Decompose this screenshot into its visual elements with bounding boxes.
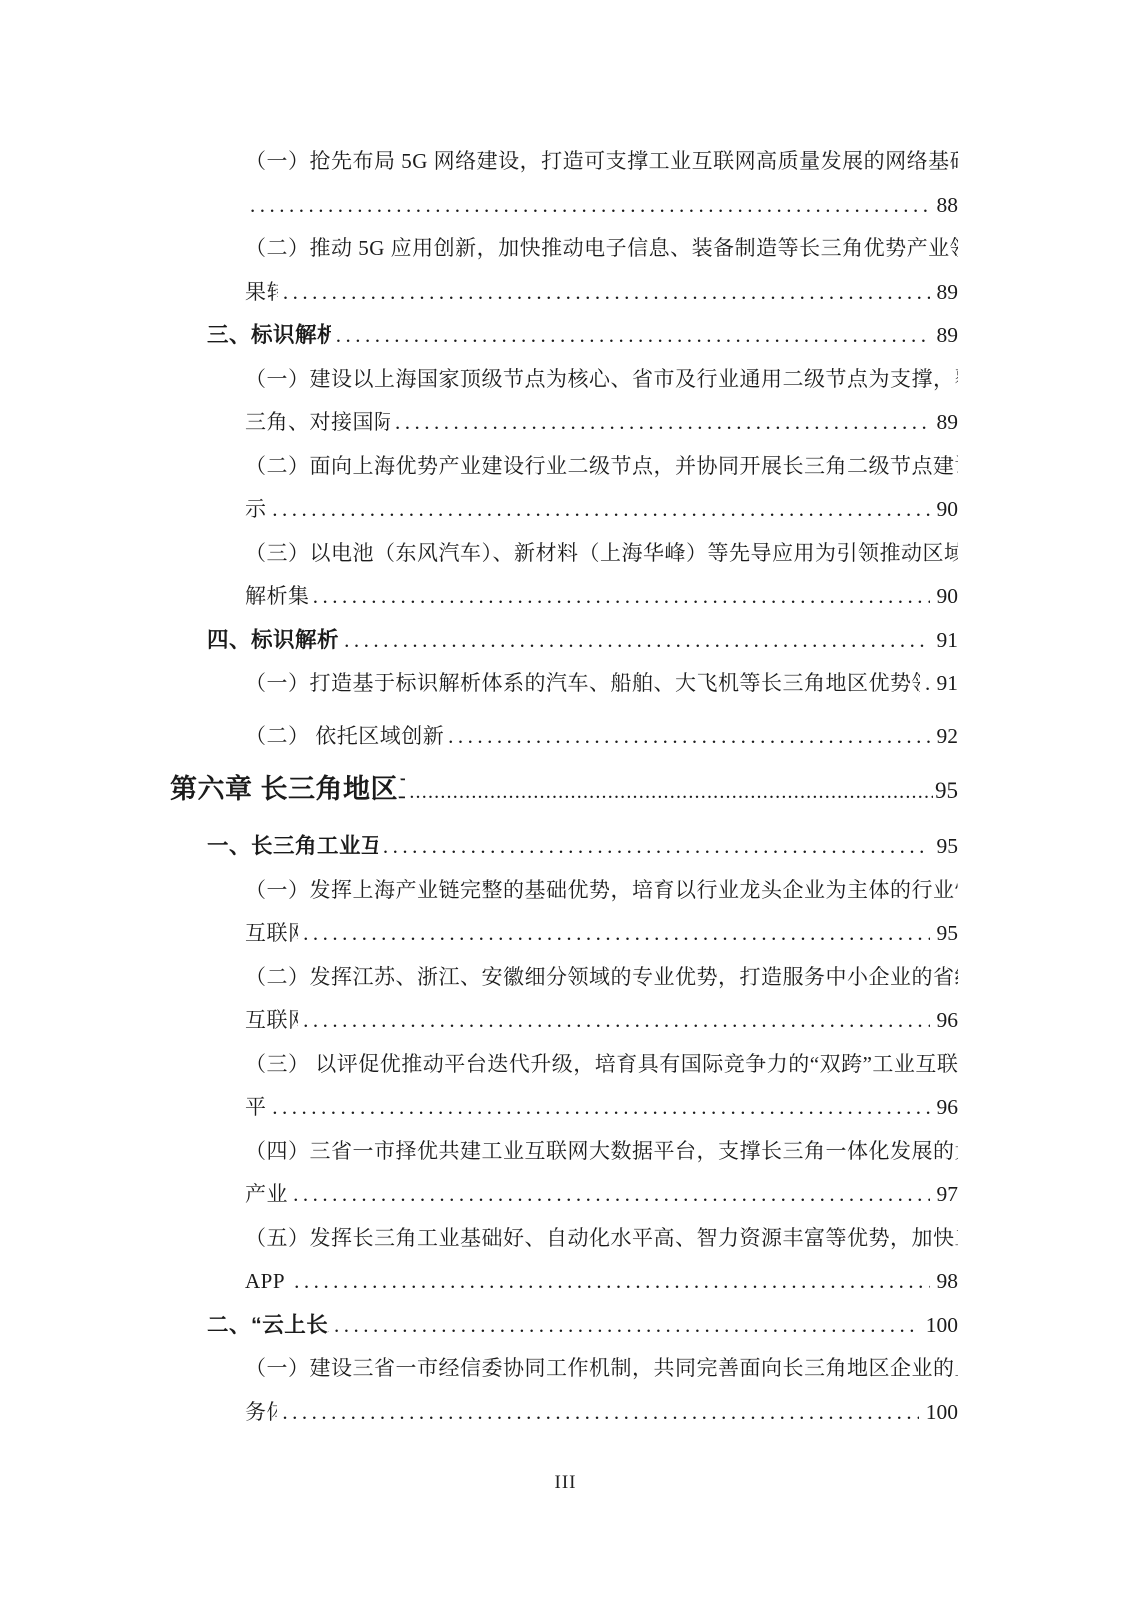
document-page: （一）抢先布局 5G 网络建设，打造可支撑工业互联网高质量发展的网络基础设施..… [0, 0, 1131, 1600]
toc-line: 果转化.....................................… [170, 271, 958, 315]
toc-entry-text: （一）发挥上海产业链完整的基础优势，培育以行业龙头企业为主体的行业性工业 [245, 869, 958, 913]
toc-entry-text: 三、标识解析体系建设工程 [207, 314, 331, 358]
dot-leader: ........................................… [409, 767, 933, 817]
toc-page-number: 98 [937, 1260, 959, 1304]
toc-entry-text: 平台 [245, 1086, 267, 1130]
toc-entry-text: 第六章 长三角地区工业互联网平台一体化推进策略 [170, 764, 405, 814]
toc-entry-text: 互联网平台 [245, 912, 298, 956]
toc-page-number: 95 [935, 766, 958, 816]
toc-entry-text: 三角、对接国际的区域标识解析体系 [245, 401, 390, 445]
toc-line: （二）面向上海优势产业建设行业二级节点，并协同开展长三角二级节点建设试点 [170, 445, 958, 489]
toc-line: 四、标识解析体系产业化工程...........................… [170, 619, 958, 663]
folio-page-number: III [0, 1472, 1131, 1494]
toc-page-number: 96 [937, 999, 959, 1043]
toc-page-number: 91 [937, 619, 959, 663]
toc-line: 平台......................................… [170, 1086, 958, 1130]
toc-line: APP 培育..................................… [170, 1260, 958, 1304]
toc-entry-text: 四、标识解析体系产业化工程 [207, 619, 339, 663]
toc-line: （一）抢先布局 5G 网络建设，打造可支撑工业互联网高质量发展的网络基础设施 [170, 140, 958, 184]
dot-leader: ........................................… [313, 575, 930, 619]
dot-leader: ........................................… [303, 999, 929, 1043]
toc-entry-text: 解析集成创新 [245, 575, 308, 619]
toc-entry-text: （一）建设以上海国家顶级节点为核心、省市及行业通用二级节点为支撑，覆盖长 [245, 358, 958, 402]
toc-line: 三、标识解析体系建设工程............................… [170, 314, 958, 358]
toc-line: （五）发挥长三角工业基础好、自动化水平高、智力资源丰富等优势，加快工业 [170, 1217, 958, 1261]
toc-entry-text: 示范 [245, 488, 267, 532]
dot-leader: ........................................… [272, 1086, 929, 1130]
dot-leader: ........................................… [250, 184, 930, 228]
toc-line: 互联网平台...................................… [170, 999, 958, 1043]
toc-line: 务体系.....................................… [170, 1391, 958, 1435]
dot-leader: ........................................… [336, 314, 930, 358]
toc-line: （二）推动 5G 应用创新，加快推动电子信息、装备制造等长三角优势产业领域成 [170, 227, 958, 271]
dot-leader: ........................................… [344, 619, 929, 663]
toc-entry-text: 互联网平台 [245, 999, 298, 1043]
toc-line: 互联网平台...................................… [170, 912, 958, 956]
toc-page-number: 91 [937, 662, 959, 706]
toc-page-number: 97 [937, 1173, 959, 1217]
toc-line: （一）建设以上海国家顶级节点为核心、省市及行业通用二级节点为支撑，覆盖长 [170, 358, 958, 402]
toc-entry-text: （四）三省一市择优共建工业互联网大数据平台，支撑长三角一体化发展的大数据 [245, 1130, 958, 1174]
toc-line: 产业高地....................................… [170, 1173, 958, 1217]
toc-entry-text: （一）抢先布局 5G 网络建设，打造可支撑工业互联网高质量发展的网络基础设施 [245, 140, 958, 184]
toc-page-number: 100 [926, 1391, 958, 1435]
toc-page-number: 95 [937, 912, 959, 956]
toc-entry-text: （二）发挥江苏、浙江、安徽细分领域的专业优势，打造服务中小企业的省级工业 [245, 956, 958, 1000]
toc-line: 一、长三角工业互联网平台分级培育工程......................… [170, 825, 958, 869]
toc-chapter-line: 第六章 长三角地区工业互联网平台一体化推进策略.................… [170, 764, 958, 817]
toc-page-number: 100 [926, 1304, 958, 1348]
toc-line: 二、“云上长三角”建设工程...........................… [170, 1304, 958, 1348]
toc-line: 解析集成创新..................................… [170, 575, 958, 619]
toc-line: （四）三省一市择优共建工业互联网大数据平台，支撑长三角一体化发展的大数据 [170, 1130, 958, 1174]
toc-line: （三） 以评促优推动平台迭代升级，培育具有国际竞争力的“双跨”工业互联网 [170, 1043, 958, 1087]
dot-leader: ........................................… [334, 1304, 919, 1348]
toc-line: （一）建设三省一市经信委协同工作机制，共同完善面向长三角地区企业的上云服 [170, 1347, 958, 1391]
toc-page-number: 88 [937, 184, 959, 228]
toc-entry-text: 二、“云上长三角”建设工程 [207, 1304, 329, 1348]
toc-entry-text: （五）发挥长三角工业基础好、自动化水平高、智力资源丰富等优势，加快工业 [245, 1217, 958, 1261]
dot-leader: ........................................… [293, 1173, 929, 1217]
toc-page-number: 89 [937, 271, 959, 315]
dot-leader: ........................................… [282, 1391, 918, 1435]
toc-entry-text: APP 培育 [245, 1260, 289, 1304]
toc-line: ........................................… [170, 184, 958, 228]
toc-entry-text: 一、长三角工业互联网平台分级培育工程 [207, 825, 378, 869]
toc-line: 三角、对接国际的区域标识解析体系........................… [170, 401, 958, 445]
toc-line: （二） 依托区域创新推广中心推动标识解析产业化落地...............… [170, 715, 958, 759]
toc-entry-text: （二）推动 5G 应用创新，加快推动电子信息、装备制造等长三角优势产业领域成 [245, 227, 958, 271]
toc-entry-text: 务体系 [245, 1391, 277, 1435]
toc-page-number: 95 [937, 825, 959, 869]
toc-line: （二）发挥江苏、浙江、安徽细分领域的专业优势，打造服务中小企业的省级工业 [170, 956, 958, 1000]
toc-entry-text: （一）打造基于标识解析体系的汽车、船舶、大飞机等长三角地区优势领域产业生态 [245, 662, 920, 706]
toc-page-number: 92 [937, 715, 959, 759]
toc-page-number: 96 [937, 1086, 959, 1130]
toc-line: （三）以电池（东风汽车）、新材料（上海华峰）等先导应用为引领推动区域标识 [170, 532, 958, 576]
toc-page-number: 89 [937, 401, 959, 445]
toc-page-number: 89 [937, 314, 959, 358]
toc-line: （一）打造基于标识解析体系的汽车、船舶、大飞机等长三角地区优势领域产业生态.91 [170, 662, 958, 706]
toc-line: （一）发挥上海产业链完整的基础优势，培育以行业龙头企业为主体的行业性工业 [170, 869, 958, 913]
toc: （一）抢先布局 5G 网络建设，打造可支撑工业互联网高质量发展的网络基础设施..… [170, 140, 958, 1434]
dot-leader: ........................................… [383, 825, 930, 869]
dot-leader: . [925, 662, 929, 706]
toc-entry-text: 果转化 [245, 271, 278, 315]
dot-leader: ........................................… [395, 401, 929, 445]
toc-line: 示范......................................… [170, 488, 958, 532]
dot-leader: ........................................… [294, 1260, 929, 1304]
dot-leader: ........................................… [272, 488, 929, 532]
toc-entry-text: 产业高地 [245, 1173, 288, 1217]
toc-entry-text: （三） 以评促优推动平台迭代升级，培育具有国际竞争力的“双跨”工业互联网 [245, 1043, 958, 1087]
dot-leader: ........................................… [448, 715, 929, 759]
toc-page-number: 90 [937, 488, 959, 532]
toc-entry-text: （二） 依托区域创新推广中心推动标识解析产业化落地 [245, 715, 443, 759]
dot-leader: ........................................… [283, 271, 930, 315]
dot-leader: ........................................… [303, 912, 929, 956]
toc-entry-text: （一）建设三省一市经信委协同工作机制，共同完善面向长三角地区企业的上云服 [245, 1347, 958, 1391]
toc-entry-text: （二）面向上海优势产业建设行业二级节点，并协同开展长三角二级节点建设试点 [245, 445, 958, 489]
toc-page-number: 90 [937, 575, 959, 619]
toc-entry-text: （三）以电池（东风汽车）、新材料（上海华峰）等先导应用为引领推动区域标识 [245, 532, 958, 576]
